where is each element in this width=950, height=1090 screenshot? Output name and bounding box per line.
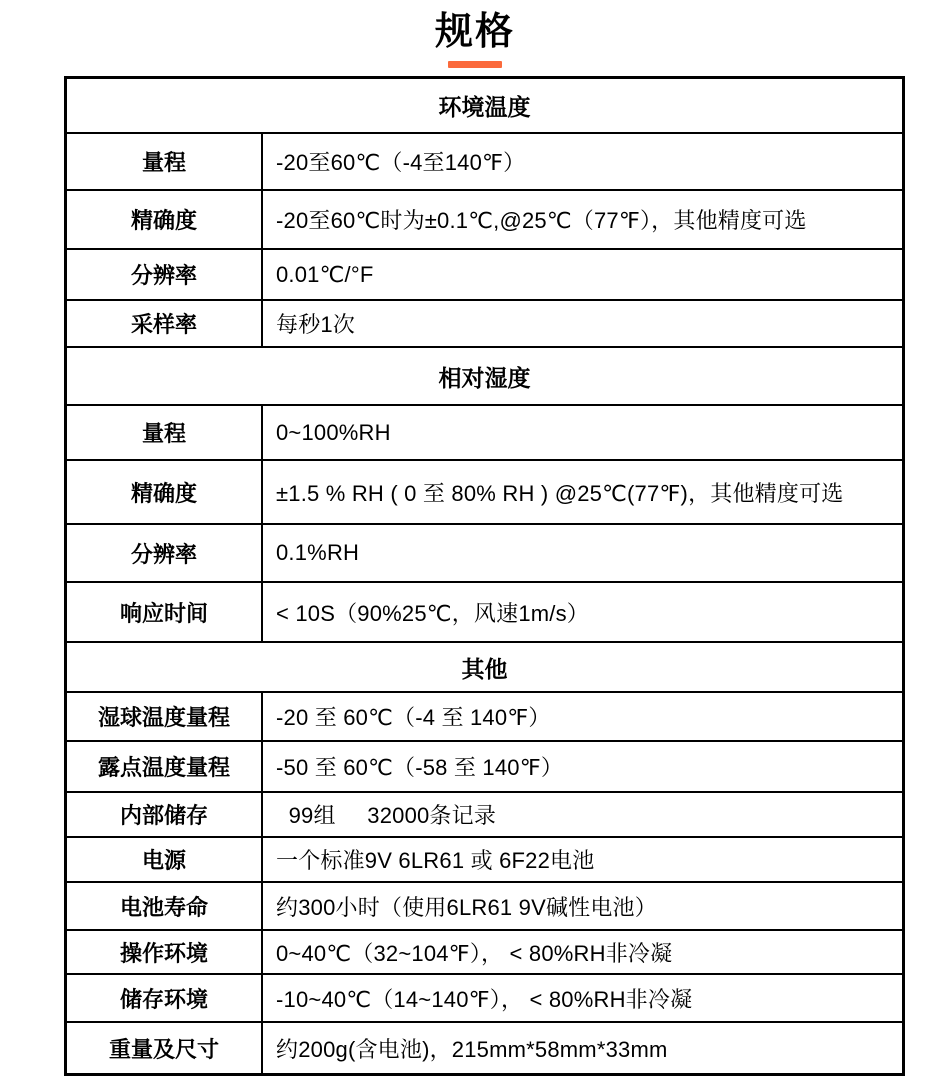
spec-label: 储存环境 bbox=[67, 975, 263, 1021]
table-row: 湿球温度量程 -20 至 60℃（-4 至 140℉） bbox=[67, 693, 902, 742]
table-row: 分辨率 0.01℃/°F bbox=[67, 250, 902, 301]
spec-value: -20至60℃时为±0.1℃,@25℃（77℉），其他精度可选 bbox=[263, 191, 902, 248]
spec-value: -20 至 60℃（-4 至 140℉） bbox=[263, 693, 902, 740]
table-row: 采样率 每秒1次 bbox=[67, 301, 902, 348]
spec-label: 量程 bbox=[67, 406, 263, 459]
spec-label: 重量及尺寸 bbox=[67, 1023, 263, 1073]
table-row: 重量及尺寸 约200g(含电池)，215mm*58mm*33mm bbox=[67, 1023, 902, 1073]
table-row: 精确度 ±1.5 % RH ( 0 至 80% RH ) @25℃(77℉)，其… bbox=[67, 461, 902, 525]
page-title: 规格 bbox=[0, 0, 950, 54]
section-title: 相对湿度 bbox=[439, 360, 531, 393]
table-section-header: 其他 bbox=[67, 643, 902, 693]
spec-value: 约300小时（使用6LR61 9V碱性电池） bbox=[263, 883, 902, 929]
table-section-header: 相对湿度 bbox=[67, 348, 902, 406]
table-row: 量程 -20至60℃（-4至140℉） bbox=[67, 134, 902, 191]
spec-label: 湿球温度量程 bbox=[67, 693, 263, 740]
spec-label: 电源 bbox=[67, 838, 263, 881]
table-row: 操作环境 0~40℃（32~104℉）， < 80%RH非冷凝 bbox=[67, 931, 902, 975]
table-row: 量程 0~100%RH bbox=[67, 406, 902, 461]
spec-value: -20至60℃（-4至140℉） bbox=[263, 134, 902, 189]
table-row: 精确度 -20至60℃时为±0.1℃,@25℃（77℉），其他精度可选 bbox=[67, 191, 902, 250]
spec-table: 环境温度 量程 -20至60℃（-4至140℉） 精确度 -20至60℃时为±0… bbox=[64, 76, 905, 1076]
spec-label: 响应时间 bbox=[67, 583, 263, 641]
table-row: 内部储存 99组 32000条记录 bbox=[67, 793, 902, 838]
spec-label: 分辨率 bbox=[67, 250, 263, 299]
spec-value: -10~40℃（14~140℉）， < 80%RH非冷凝 bbox=[263, 975, 902, 1021]
table-row: 响应时间 < 10S（90%25℃，风速1m/s） bbox=[67, 583, 902, 643]
section-title: 其他 bbox=[462, 651, 508, 684]
spec-value: 0.1%RH bbox=[263, 525, 902, 581]
spec-label: 精确度 bbox=[67, 461, 263, 523]
spec-value: < 10S（90%25℃，风速1m/s） bbox=[263, 583, 902, 641]
spec-value: 约200g(含电池)，215mm*58mm*33mm bbox=[263, 1023, 902, 1073]
table-row: 分辨率 0.1%RH bbox=[67, 525, 902, 583]
spec-value: -50 至 60℃（-58 至 140℉） bbox=[263, 742, 902, 791]
spec-label: 采样率 bbox=[67, 301, 263, 346]
section-title: 环境温度 bbox=[439, 89, 531, 122]
table-row: 储存环境 -10~40℃（14~140℉）， < 80%RH非冷凝 bbox=[67, 975, 902, 1023]
table-section-header: 环境温度 bbox=[67, 79, 902, 134]
spec-value: ±1.5 % RH ( 0 至 80% RH ) @25℃(77℉)，其他精度可… bbox=[263, 461, 902, 523]
table-row: 露点温度量程 -50 至 60℃（-58 至 140℉） bbox=[67, 742, 902, 793]
spec-value: 0~40℃（32~104℉）， < 80%RH非冷凝 bbox=[263, 931, 902, 973]
spec-label: 露点温度量程 bbox=[67, 742, 263, 791]
spec-label: 内部储存 bbox=[67, 793, 263, 836]
spec-label: 电池寿命 bbox=[67, 883, 263, 929]
spec-label: 量程 bbox=[67, 134, 263, 189]
title-accent-underline bbox=[448, 61, 502, 68]
table-row: 电池寿命 约300小时（使用6LR61 9V碱性电池） bbox=[67, 883, 902, 931]
spec-value: 0.01℃/°F bbox=[263, 250, 902, 299]
spec-label: 操作环境 bbox=[67, 931, 263, 973]
spec-label: 分辨率 bbox=[67, 525, 263, 581]
spec-value: 一个标准9V 6LR61 或 6F22电池 bbox=[263, 838, 902, 881]
spec-value: 99组 32000条记录 bbox=[263, 793, 902, 836]
table-row: 电源 一个标准9V 6LR61 或 6F22电池 bbox=[67, 838, 902, 883]
spec-label: 精确度 bbox=[67, 191, 263, 248]
spec-value: 每秒1次 bbox=[263, 301, 902, 346]
spec-value: 0~100%RH bbox=[263, 406, 902, 459]
